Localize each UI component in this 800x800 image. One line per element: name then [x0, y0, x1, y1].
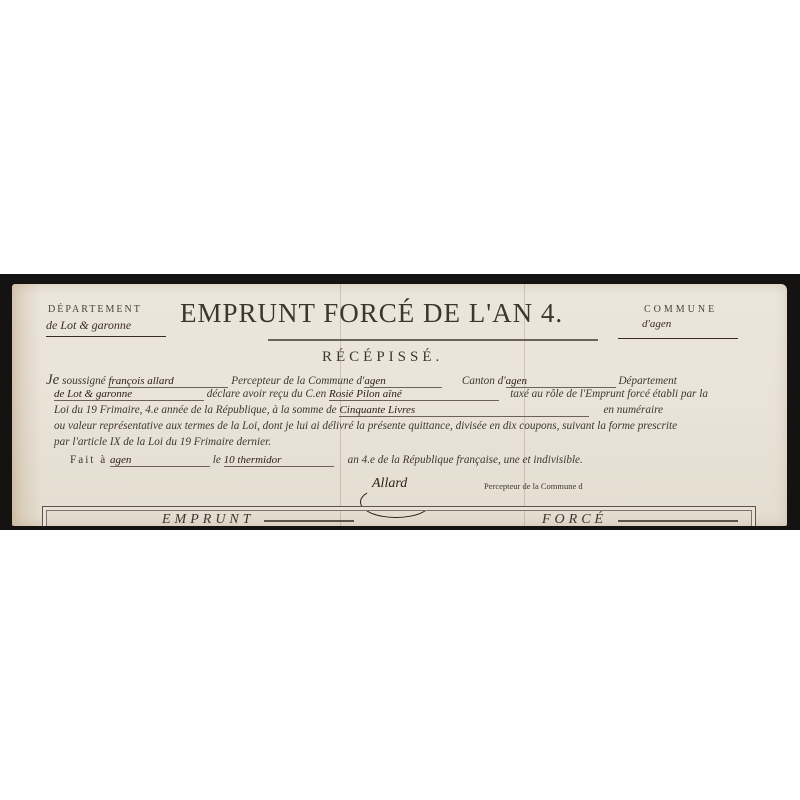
canton-text: Canton d' [462, 375, 506, 387]
commune-handwritten: agen [364, 375, 385, 387]
canton-value: agen [506, 375, 527, 387]
departement-text: Département [618, 375, 676, 387]
loi-text: Loi du 19 Frimaire, 4.e année de la Répu… [54, 404, 337, 416]
body-line-6: Fait à agen le 10 thermidor an 4.e de la… [70, 454, 583, 467]
commune-label: COMMUNE [644, 304, 717, 315]
body-line-5: par l'article IX de la Loi du 19 Frimair… [54, 436, 271, 448]
flourish-line [46, 336, 166, 337]
fait-text: Fait à [70, 454, 107, 466]
departement-label: DÉPARTEMENT [48, 304, 142, 315]
document-title: EMPRUNT FORCÉ DE L'AN 4. [180, 298, 563, 329]
coupon-rule [264, 520, 354, 522]
commune-value: d'agen [642, 318, 671, 330]
body-line-3: Loi du 19 Frimaire, 4.e année de la Répu… [54, 404, 663, 417]
departement-value: de Lot & garonne [46, 318, 131, 333]
numeraire-text: en numéraire [603, 404, 663, 416]
percepteur-text: Percepteur de la Commune d' [231, 375, 364, 387]
departement-handwritten: de Lot & garonne [54, 388, 132, 400]
citizen-name: Rosié Pilon aîné [329, 388, 402, 400]
coupon-rule [618, 520, 738, 522]
flourish-line [618, 338, 738, 339]
soussigne-text: soussigné [62, 375, 106, 387]
je-initial: Je [46, 372, 59, 388]
percepteur-label: Percepteur de la Commune d [484, 481, 583, 491]
taxe-text: taxé au rôle de l'Emprunt forcé établi p… [510, 388, 708, 400]
document-subtitle: RÉCÉPISSÉ. [322, 349, 443, 366]
body-line-4: ou valeur représentative aux termes de l… [54, 420, 677, 432]
title-rule [268, 339, 598, 341]
collector-name: françois allard [108, 375, 173, 387]
body-line-2: de Lot & garonne déclare avoir reçu du C… [54, 388, 708, 401]
coupon-force: FORCÉ [542, 512, 607, 526]
date-value: 10 thermidor [224, 454, 282, 466]
le-text: le [213, 454, 221, 466]
amount-value: Cinquante Livres [339, 404, 415, 416]
an-text: an 4.e de la République française, une e… [348, 454, 583, 466]
place-value: agen [110, 454, 131, 466]
body-line-1: Je soussigné françois allard Percepteur … [46, 372, 677, 389]
coupon-emprunt: EMPRUNT [162, 512, 255, 526]
declare-text: déclare avoir reçu du C.en [207, 388, 326, 400]
document-paper: DÉPARTEMENT de Lot & garonne EMPRUNT FOR… [12, 284, 787, 526]
coupon-border [42, 506, 756, 526]
